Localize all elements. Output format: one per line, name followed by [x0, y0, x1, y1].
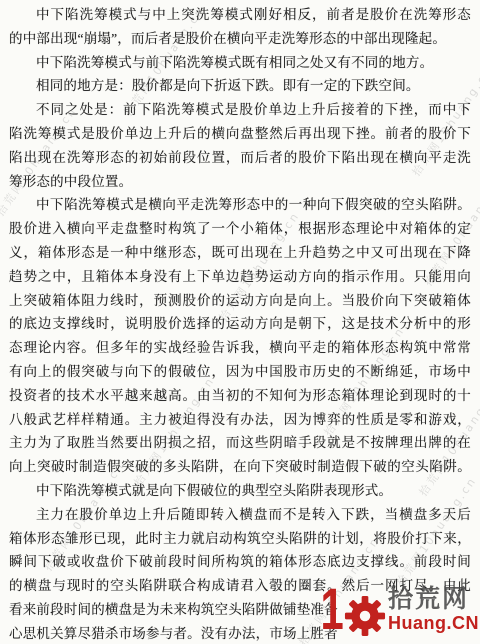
text-line: 不同之处是：前下陷洗筹模式是股价单边上升后接着的下挫，而中下	[9, 98, 471, 122]
text-line: 八般武艺样样精通。主力被迫得没有办法，因为博弈的性质是零和游戏，	[9, 408, 471, 432]
text-line: 投资者的技术水平越来越高。由当初的不知何为形态箱体理论到现时的十	[9, 384, 471, 408]
logo-numeral: 1	[320, 583, 343, 637]
body-text: 中下陷洗筹模式与中上突洗筹模式刚好相反，前者是股价在洗筹形态 的中部出现“崩塌”…	[9, 3, 471, 644]
shihuang-site-logo: 1 拾荒网 Huang.CN	[316, 583, 479, 642]
logo-domain: Huang.CN	[388, 613, 479, 634]
text-line: 态理论内容。但多年的实战经验告诉我，横向平走的箱体形态构筑中常常	[9, 336, 471, 360]
text-line: 主力在股价单边上升后随即转入横盘而不是转入下跌，当横盘多天后	[9, 503, 471, 527]
text-line: 向上突破时制造假突破的多头陷阱，在向下突破时制造假下破的空头陷阱。	[9, 455, 471, 479]
text-line: 中下陷洗筹模式就是向下假破位的典型空头陷阱表现形式。	[9, 479, 471, 503]
text-line: 陷出现在洗筹形态的初始前段位置，而后者的股价下陷出现在横向平走洗	[9, 146, 471, 170]
text-line: 有向上的假突破与向下的假破位，因为中国股市历史的不断绵延，市场中	[9, 360, 471, 384]
logo-site-name: 拾荒网	[388, 587, 479, 613]
text-line: 箱体形态雏形已现，此时主力就启动构筑空头陷阱的计划，将股价打下来，	[9, 527, 471, 551]
text-line: 主力为了取胜当然要出阴损之招，而这些阴暗手段就是不按牌理出牌的在	[9, 431, 471, 455]
text-line: 趋势之中，且箱体本身没有上下单边趋势运动方向的指示作用。只能用向	[9, 265, 471, 289]
text-line: 的底边支撑线时，说明股价选择的运动方向是朝下，这是技术分析中的形	[9, 312, 471, 336]
document-page: 拾荒网10huang.cn 拾荒网10huang.cn 拾荒网10huang.c…	[0, 0, 480, 644]
text-line: 中下陷洗筹模式与中上突洗筹模式刚好相反，前者是股价在洗筹形态	[9, 3, 471, 27]
logo-text-group: 拾荒网 Huang.CN	[388, 587, 479, 634]
gear-icon	[344, 595, 386, 642]
text-line: 相同的地方是：股价都是向下折返下跌。即有一定的下跌空间。	[9, 74, 471, 98]
text-line: 筹形态的中段位置。	[9, 170, 471, 194]
text-line: 的中部出现“崩塌”，而后者是股价在横向平走洗筹形态的中部出现隆起。	[9, 27, 471, 51]
text-line: 瞬间下破或收盘价下破前段时间所构筑的箱体形态底边支撑线。前段时间	[9, 550, 471, 574]
text-line: 上突破箱体阻力线时，预测股价的运动方向是向上。当股价向下突破箱体	[9, 289, 471, 313]
text-line: 陷洗筹模式是股价单边上升后的横向盘整然后再出现下挫。前者的股价下	[9, 122, 471, 146]
text-line: 义，箱体形态是一种中继形态，既可出现在上升趋势之中又可出现在下降	[9, 241, 471, 265]
text-line: 股价进入横向平走盘整时构筑了一个小箱体，根据形态理论中对箱体的定	[9, 217, 471, 241]
text-line: 中下陷洗筹模式与前下陷洗筹模式既有相同之处又有不同的地方。	[9, 51, 471, 75]
text-line: 中下陷洗筹模式是横向平走洗筹形态中的一种向下假突破的空头陷阱。	[9, 193, 471, 217]
